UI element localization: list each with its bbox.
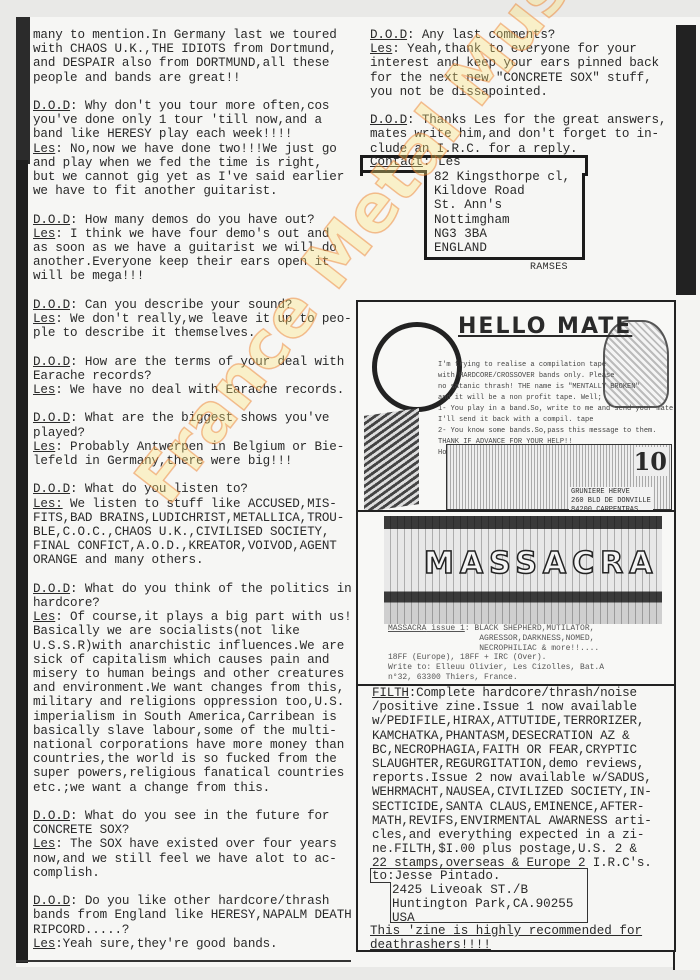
question-line: D.O.D: What do you listen to? <box>33 482 352 496</box>
question-line: D.O.D: Thanks Les for the great answers, <box>370 113 666 127</box>
flyer-line: and it will be a non profit tape. Well; <box>438 393 676 404</box>
question-text: : What are the biggest shows you've <box>70 411 329 425</box>
massacra-line: 18FF (Europe), 18FF + IRC (Over). <box>388 653 604 663</box>
answer-text: : Probably Antwerpen in Belgium or Bie- <box>55 440 344 454</box>
interviewer-label: D.O.D <box>33 213 70 227</box>
question-line: D.O.D: What do you think of the politics… <box>33 582 352 596</box>
filth-text-line: ne.FILTH,$I.00 plus postage,U.S. 2 & <box>372 842 637 856</box>
interviewer-label: D.O.D <box>370 28 407 42</box>
address-line: Kildove Road <box>434 184 570 198</box>
question-text: clude an I.R.C. for a reply. <box>370 142 577 156</box>
answer-line: Les: I think we have four demo's out and <box>33 227 352 241</box>
question-text: : Can you describe your sound? <box>70 298 292 312</box>
answer-line: Les: We listen to stuff like ACCUSED,MIS… <box>33 497 352 511</box>
recommendation-line: This 'zine is highly recommended for <box>370 924 642 938</box>
flyer-line: 2- You know some bands.So,pass this mess… <box>438 426 676 437</box>
answer-text: :Yeah sure,they're good bands. <box>55 937 277 951</box>
flyer-line: I'm trying to realise a compilation tape <box>438 360 676 371</box>
answer-line: FITS,BAD BRAINS,LUDICHRIST,METALLICA,TRO… <box>33 511 352 525</box>
massacra-line: Write to: Elleuu Olivier, Les Cizolles, … <box>388 663 604 673</box>
answer-line: basically slave labour,some of the multi… <box>33 724 352 738</box>
text-line: with CHAOS U.K.,THE IDIOTS from Dortmund… <box>33 42 352 56</box>
zine-name: MASSACRA <box>388 624 426 633</box>
answer-text: will be mega!!! <box>33 269 144 283</box>
filth-text-line: cles,and everything expected in a zi- <box>372 828 644 842</box>
answer-text: and environment.We want changes from thi… <box>33 681 344 695</box>
flyer-title: HELLO MATE <box>458 314 632 339</box>
address-line: 2425 Liveoak ST./B <box>392 883 573 897</box>
answer-line: military and religions oppression too,U.… <box>33 695 352 709</box>
question-text: CONCRETE SOX? <box>33 823 129 837</box>
answer-text: we have to fit another guitarist. <box>33 184 277 198</box>
answer-text: U.S.S.R)with anarchistic influences.We a… <box>33 639 344 653</box>
address-line: Nottimgham <box>434 213 570 227</box>
interviewer-label: D.O.D <box>33 411 70 425</box>
filth-line: ne.FILTH,$I.00 plus postage,U.S. 2 & <box>372 842 652 856</box>
filth-line: w/PEDIFILE,HIRAX,ATTUTIDE,TERRORIZER, <box>372 714 652 728</box>
answer-line: sick of capitalism which causes pain and <box>33 653 352 667</box>
page-edge <box>673 300 700 970</box>
flyer-line: I'll send it back with a compil. tape <box>438 415 676 426</box>
band-member-label: Les <box>33 383 55 397</box>
question-line: D.O.D: Why don't you tour more often,cos <box>33 99 352 113</box>
band-member-label: Les <box>33 227 55 241</box>
qa-block: D.O.D: What do you see in the future for… <box>33 809 352 880</box>
question-text: : What do you listen to? <box>70 482 248 496</box>
address-line: 260 BLD DE DONVILLE <box>571 497 651 506</box>
answer-text: countries,the world is so fucked from th… <box>33 752 337 766</box>
qa-block: D.O.D: Why don't you tour more often,cos… <box>33 99 352 198</box>
band-member-label: Les <box>33 142 55 156</box>
filth-line: cles,and everything expected in a zi- <box>372 828 652 842</box>
answer-text: FINAL CONFICT,A.O.D.,KREATOR,VOIVOD,AGEN… <box>33 539 337 553</box>
question-text: RIPCORD.....? <box>33 923 129 937</box>
answer-line: super powers,religious fanatical countri… <box>33 766 352 780</box>
answer-line: and environment.We want changes from thi… <box>33 681 352 695</box>
qa-block: D.O.D: What do you listen to?Les: We lis… <box>33 482 352 567</box>
answer-text: : The SOX have existed over four years <box>55 837 337 851</box>
logo-text: MASSACRA <box>424 546 659 581</box>
question-line: clude an I.R.C. for a reply. <box>370 142 666 156</box>
interviewer-label: D.O.D <box>33 99 70 113</box>
band-member-label: Les: <box>33 497 63 511</box>
answer-text: We listen to stuff like ACCUSED,MIS- <box>63 497 337 511</box>
answer-line: interest and keep your ears pinned back <box>370 56 666 70</box>
question-line: hardcore? <box>33 596 352 610</box>
recommendation-line: deathrashers!!!! <box>370 938 642 952</box>
massacra-flyer: MASSACRA MASSACRA issue 1: BLACK SHEPHER… <box>356 510 676 686</box>
filth-text-line: BC,NECROPHAGIA,FAITH OR FEAR,CRYPTIC <box>372 743 637 757</box>
text-line: and DESPAIR also from DORTMUND,all these <box>33 56 352 70</box>
answer-line: and play when we fed the time is right, <box>33 156 352 170</box>
filth-text-line: :Complete hardcore/thrash/noise <box>409 686 637 700</box>
answer-text: : Of course,it plays a big part with us! <box>55 610 351 624</box>
flyer-line: no satanic thrash! THE name is "MENTALLY… <box>438 382 676 393</box>
question-text: : Why don't you tour more often,cos <box>70 99 329 113</box>
address-line: 82 Kingsthorpe cl, <box>434 170 570 184</box>
answer-text: FITS,BAD BRAINS,LUDICHRIST,METALLICA,TRO… <box>33 511 344 525</box>
question-line: band like HERESY play each week!!!! <box>33 127 352 141</box>
massacra-logo-icon: MASSACRA <box>384 516 662 624</box>
answer-text: as soon as we have a guitarist we will d… <box>33 241 337 255</box>
question-text: Earache records? <box>33 369 152 383</box>
filth-line: FILTH:Complete hardcore/thrash/noise <box>372 686 652 700</box>
qa-block: D.O.D: What do you think of the politics… <box>33 582 352 795</box>
qa-block: D.O.D: Can you describe your sound?Les: … <box>33 298 352 341</box>
question-text: band like HERESY play each week!!!! <box>33 127 292 141</box>
answer-line: Les: Yeah,thank to everyone for your <box>370 42 666 56</box>
question-line: bands from England like HERESY,NAPALM DE… <box>33 908 352 922</box>
band-member-label: Les <box>33 837 55 851</box>
contact-address: 82 Kingsthorpe cl,Kildove RoadSt. Ann'sN… <box>434 170 570 255</box>
thrash-flag-illustration-icon <box>364 408 419 512</box>
answer-text: lefeld in Germany,there were big!!! <box>33 454 292 468</box>
answer-text: : No,now we have done two!!!We just go <box>55 142 337 156</box>
question-line: D.O.D: How are the terms of your deal wi… <box>33 355 352 369</box>
qa-block: D.O.D: How are the terms of your deal wi… <box>33 355 352 398</box>
filth-text-line: SECTICIDE,SANTA CLAUS,EMINENCE,AFTER- <box>372 800 644 814</box>
question-text: you've done only 1 tour 'till now,and a <box>33 113 322 127</box>
flyer-line: with HARDCORE/CROSSOVER bands only. Plea… <box>438 371 676 382</box>
zine-name: FILTH <box>372 686 409 700</box>
text-line: many to mention.In Germany last we toure… <box>33 28 352 42</box>
question-text: : What do you see in the future for <box>70 809 329 823</box>
question-line: Earache records? <box>33 369 352 383</box>
question-line: D.O.D: Can you describe your sound? <box>33 298 352 312</box>
filth-line: SLAUGHTER,REGURGITATION,demo reviews, <box>372 757 652 771</box>
answer-line: for the next new "CONCRETE SOX" stuff, <box>370 71 666 85</box>
qa-block: D.O.D: Do you like other hardcore/thrash… <box>33 894 352 951</box>
question-line: D.O.D: How many demos do you have out? <box>33 213 352 227</box>
filth-text-line: SLAUGHTER,REGURGITATION,demo reviews, <box>372 757 644 771</box>
massacra-line: NECROPHILIAC & more!!.... <box>388 644 604 654</box>
address-line: NG3 3BA <box>434 227 570 241</box>
filth-address: 2425 Liveoak ST./BHuntington Park,CA.902… <box>392 883 573 926</box>
interviewer-label: D.O.D <box>33 582 70 596</box>
filth-text: FILTH:Complete hardcore/thrash/noise/pos… <box>372 686 652 871</box>
banknote-illustration-icon: 10 GRUNIERE HERVE260 BLD DE DONVILLE8420… <box>446 444 672 510</box>
answer-line: as soon as we have a guitarist we will d… <box>33 241 352 255</box>
answer-text: : We don't really,we leave it up to peo- <box>55 312 351 326</box>
answer-text: ple to describe it themselves. <box>33 326 255 340</box>
answer-line: another.Everyone keep their ears open it <box>33 255 352 269</box>
answer-text: basically slave labour,some of the multi… <box>33 724 337 738</box>
filth-line: WEHRMACHT,NAUSEA,CIVILIZED SOCIETY,IN- <box>372 785 652 799</box>
answer-text: but we cannot gig yet as I've said earli… <box>33 170 344 184</box>
page-edge-shadow <box>676 25 696 295</box>
answer-line: ORANGE and many others. <box>33 553 352 567</box>
question-line: D.O.D: What are the biggest shows you've <box>33 411 352 425</box>
question-line: RIPCORD.....? <box>33 923 352 937</box>
answer-line: but we cannot gig yet as I've said earli… <box>33 170 352 184</box>
question-text: mates write him,and don't forget to in- <box>370 127 659 141</box>
page-edge-shadow <box>16 17 30 164</box>
answer-text: super powers,religious fanatical countri… <box>33 766 344 780</box>
answer-line: Les: Probably Antwerpen in Belgium or Bi… <box>33 440 352 454</box>
interviewer-label: D.O.D <box>33 809 70 823</box>
question-text: played? <box>33 426 85 440</box>
qa-block: D.O.D: What are the biggest shows you've… <box>33 411 352 468</box>
band-member-label: Les <box>33 937 55 951</box>
answer-text: complish. <box>33 866 100 880</box>
question-text: : Do you like other hardcore/thrash <box>70 894 329 908</box>
filth-line: /positive zine.Issue 1 now available <box>372 700 652 714</box>
question-text: : What do you think of the politics in <box>70 582 352 596</box>
answer-text: you not be dissapointed. <box>370 85 548 99</box>
answer-text: national corporations have more money th… <box>33 738 344 752</box>
massacra-line: AGRESSOR,DARKNESS,NOMED, <box>388 634 604 644</box>
issue-label: issue 1 <box>426 624 464 633</box>
filth-line: KAMCHATKA,PHANTASM,DESECRATION AZ & <box>372 729 652 743</box>
question-line: D.O.D: Do you like other hardcore/thrash <box>33 894 352 908</box>
answer-text: Basically we are socialists(not like <box>33 624 300 638</box>
answer-text: ORANGE and many others. <box>33 553 203 567</box>
massacra-text-line: : BLACK SHEPHERD,MUTILATOR, <box>465 624 595 633</box>
answer-line: BLE,C.O.C.,CHAOS U.K.,CIVILISED SOCIETY, <box>33 525 352 539</box>
answer-line: imperialism in South America,Carribean i… <box>33 710 352 724</box>
intro-paragraph: many to mention.In Germany last we toure… <box>33 28 352 85</box>
answer-text: misery to human beings and other creatur… <box>33 667 344 681</box>
answer-line: Les: We have no deal with Earache record… <box>33 383 352 397</box>
filth-text-line: reports.Issue 2 now available w/SADUS, <box>372 771 652 785</box>
answer-line: you not be dissapointed. <box>370 85 666 99</box>
flyer-address: GRUNIERE HERVE260 BLD DE DONVILLE84200 C… <box>569 487 653 512</box>
answer-line: lefeld in Germany,there were big!!! <box>33 454 352 468</box>
band-member-label: Les <box>33 610 55 624</box>
contact-line: Contact: Les <box>370 155 461 169</box>
qa-block: D.O.D: How many demos do you have out?Le… <box>33 213 352 284</box>
interviewer-label: D.O.D <box>33 298 70 312</box>
qa-block: D.O.D: Any last comments?Les: Yeah,thank… <box>370 28 666 99</box>
filth-text-line: KAMCHATKA,PHANTASM,DESECRATION AZ & <box>372 729 630 743</box>
answer-text: military and religions oppression too,U.… <box>33 695 344 709</box>
answer-text: sick of capitalism which causes pain and <box>33 653 329 667</box>
page-edge-shadow <box>16 160 28 963</box>
question-line: D.O.D: What do you see in the future for <box>33 809 352 823</box>
interviewer-label: D.O.D <box>33 894 70 908</box>
answer-text: BLE,C.O.C.,CHAOS U.K.,CIVILISED SOCIETY, <box>33 525 329 539</box>
answer-text: : We have no deal with Earache records. <box>55 383 344 397</box>
text-line: people and bands are great!! <box>33 71 352 85</box>
band-member-label: Les <box>370 42 392 56</box>
contact-label: Contact <box>370 155 423 169</box>
hello-mate-flyer: HELLO MATE I'm trying to realise a compi… <box>356 300 676 512</box>
filth-to-name: to:Jesse Pintado. <box>372 869 500 883</box>
answer-text: and play when we fed the time is right, <box>33 156 322 170</box>
question-text: bands from England like HERESY,NAPALM DE… <box>33 908 352 922</box>
answer-text: interest and keep your ears pinned back <box>370 56 659 70</box>
filth-line: BC,NECROPHAGIA,FAITH OR FEAR,CRYPTIC <box>372 743 652 757</box>
interview-right-column: D.O.D: Any last comments?Les: Yeah,thank… <box>370 28 666 170</box>
box-border <box>360 170 427 173</box>
filth-text-line: /positive zine.Issue 1 now available <box>372 700 637 714</box>
answer-text: another.Everyone keep their ears open it <box>33 255 329 269</box>
question-text: : How many demos do you have out? <box>70 213 314 227</box>
filth-text-line: WEHRMACHT,NAUSEA,CIVILIZED SOCIETY,IN- <box>372 785 652 799</box>
question-line: mates write him,and don't forget to in- <box>370 127 666 141</box>
answer-line: we have to fit another guitarist. <box>33 184 352 198</box>
massacra-text: MASSACRA issue 1: BLACK SHEPHERD,MUTILAT… <box>388 624 604 683</box>
address-line: ENGLAND <box>434 241 570 255</box>
answer-text: : I think we have four demo's out and <box>55 227 329 241</box>
interviewer-label: D.O.D <box>33 482 70 496</box>
answer-line: Les: Of course,it plays a big part with … <box>33 610 352 624</box>
question-line: D.O.D: Any last comments? <box>370 28 666 42</box>
question-line: you've done only 1 tour 'till now,and a <box>33 113 352 127</box>
answer-line: Les: No,now we have done two!!!We just g… <box>33 142 352 156</box>
answer-line: will be mega!!! <box>33 269 352 283</box>
massacra-line: MASSACRA issue 1: BLACK SHEPHERD,MUTILAT… <box>388 624 604 634</box>
answer-line: countries,the world is so fucked from th… <box>33 752 352 766</box>
answer-line: misery to human beings and other creatur… <box>33 667 352 681</box>
contact-name: : Les <box>423 155 461 169</box>
answer-line: Les: We don't really,we leave it up to p… <box>33 312 352 326</box>
band-member-label: Les <box>33 440 55 454</box>
flyer-line: 1- You play in a band.So, write to me an… <box>438 404 676 415</box>
answer-line: U.S.S.R)with anarchistic influences.We a… <box>33 639 352 653</box>
answer-text: imperialism in South America,Carribean i… <box>33 710 337 724</box>
interview-left-column: many to mention.In Germany last we toure… <box>33 28 352 965</box>
address-line: GRUNIERE HERVE <box>571 488 651 497</box>
bill-value: 10 <box>634 447 667 476</box>
band-member-label: Les <box>33 312 55 326</box>
answer-line: Les: The SOX have existed over four year… <box>33 837 352 851</box>
answer-text: for the next new "CONCRETE SOX" stuff, <box>370 71 652 85</box>
recommendation-text: This 'zine is highly recommended fordeat… <box>370 924 642 952</box>
answer-line: Les:Yeah sure,they're good bands. <box>33 937 352 951</box>
answer-line: national corporations have more money th… <box>33 738 352 752</box>
question-text: : Thanks Les for the great answers, <box>407 113 666 127</box>
question-line: CONCRETE SOX? <box>33 823 352 837</box>
answer-text: : Yeah,thank to everyone for your <box>392 42 636 56</box>
massacra-line: n°32, 63300 Thiers, France. <box>388 673 604 683</box>
answer-line: ple to describe it themselves. <box>33 326 352 340</box>
qa-block: D.O.D: Thanks Les for the great answers,… <box>370 113 666 156</box>
answer-line: Basically we are socialists(not like <box>33 624 352 638</box>
answer-line: now,and we still feel we have alot to ac… <box>33 852 352 866</box>
filth-line: MATH,REVIFS,ENVIRMENTAL AWARNESS arti- <box>372 814 652 828</box>
filth-line: reports.Issue 2 now available w/SADUS, <box>372 771 652 785</box>
answer-text: now,and we still feel we have alot to ac… <box>33 852 337 866</box>
question-text: : Any last comments? <box>407 28 555 42</box>
address-line: St. Ann's <box>434 198 570 212</box>
answer-line: FINAL CONFICT,A.O.D.,KREATOR,VOIVOD,AGEN… <box>33 539 352 553</box>
answer-text: etc.;we want a change from this. <box>33 781 270 795</box>
address-line: Huntington Park,CA.90255 <box>392 897 573 911</box>
interviewer-label: D.O.D <box>33 355 70 369</box>
filth-text-line: MATH,REVIFS,ENVIRMENTAL AWARNESS arti- <box>372 814 652 828</box>
filth-line: SECTICIDE,SANTA CLAUS,EMINENCE,AFTER- <box>372 800 652 814</box>
interviewer-label: D.O.D <box>370 113 407 127</box>
question-text: : How are the terms of your deal with <box>70 355 344 369</box>
filth-text-line: w/PEDIFILE,HIRAX,ATTUTIDE,TERRORIZER, <box>372 714 644 728</box>
answer-line: complish. <box>33 866 352 880</box>
question-line: played? <box>33 426 352 440</box>
signature: RAMSES <box>530 262 568 273</box>
question-text: hardcore? <box>33 596 100 610</box>
answer-line: etc.;we want a change from this. <box>33 781 352 795</box>
